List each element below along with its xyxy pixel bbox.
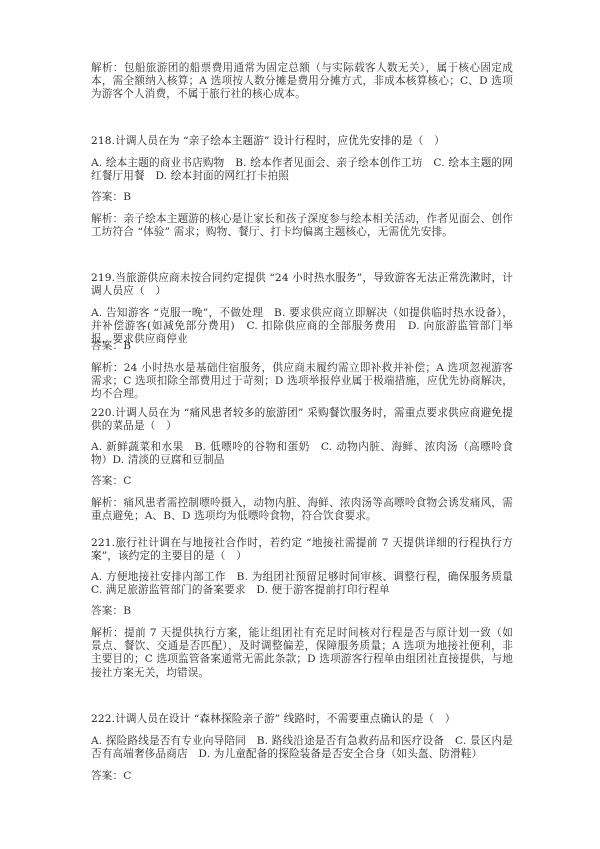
question-options: A. 探险路线是否有专业向导陪同 B. 路线沿途是否有急救药品和医疗设备 C. … [91, 735, 513, 761]
question-options: A. 新鲜蔬菜和水果 B. 低嘌呤的谷物和蛋奶 C. 动物内脏、海鲜、浓肉汤（高… [91, 441, 513, 467]
question-answer: 答案：B [91, 191, 513, 204]
question-stem: 220.计调人员在为 “痛风患者较多的旅游团” 采购餐饮服务时，需重点要求供应商… [91, 407, 513, 433]
question-answer: 答案：B [91, 340, 513, 353]
question-analysis: 解析：亲子绘本主题游的核心是让家长和孩子深度参与绘本相关活动，作者见面会、创作工… [91, 213, 513, 239]
question-analysis: 解析：24 小时热水是基础住宿服务，供应商未履约需立即补救并补偿；A 选项忽视游… [91, 362, 513, 402]
question-analysis: 解析：痛风患者需控制嘌呤摄入，动物内脏、海鲜、浓肉汤等高嘌呤食物会诱发痛风，需重… [91, 497, 513, 523]
question-stem: 218.计调人员在为 “亲子绘本主题游” 设计行程时，应优先安排的是（ ） [91, 135, 513, 148]
question-options: A. 方便地接社安排内部工作 B. 为组团社预留足够时间审核、调整行程，确保服务… [91, 571, 513, 597]
question-stem: 219.当旅游供应商未按合同约定提供 “24 小时热水服务”，导致游客无法正常洗… [91, 272, 513, 298]
question-analysis: 解析：提前 7 天提供执行方案，能让组团社有充足时间核对行程是否与原计划一致（如… [91, 627, 513, 680]
question-answer: 答案：C [91, 475, 513, 488]
question-stem: 221.旅行社计调在与地接社合作时，若约定 “地接社需提前 7 天提供详细的行程… [91, 537, 513, 563]
question-stem: 222.计调人员在设计 “森林探险亲子游” 线路时，不需要重点确认的是（ ） [91, 713, 513, 726]
previous-question-analysis: 解析：包船旅游团的船票费用通常为固定总额（与实际载客人数无关），属于核心固定成本… [91, 62, 513, 102]
document-page: 解析：包船旅游团的船票费用通常为固定总额（与实际载客人数无关），属于核心固定成本… [0, 0, 600, 849]
question-options: A. 绘本主题的商业书店购物 B. 绘本作者见面会、亲子绘本创作工坊 C. 绘本… [91, 157, 513, 183]
question-answer: 答案：B [91, 605, 513, 618]
question-answer: 答案：C [91, 770, 513, 783]
